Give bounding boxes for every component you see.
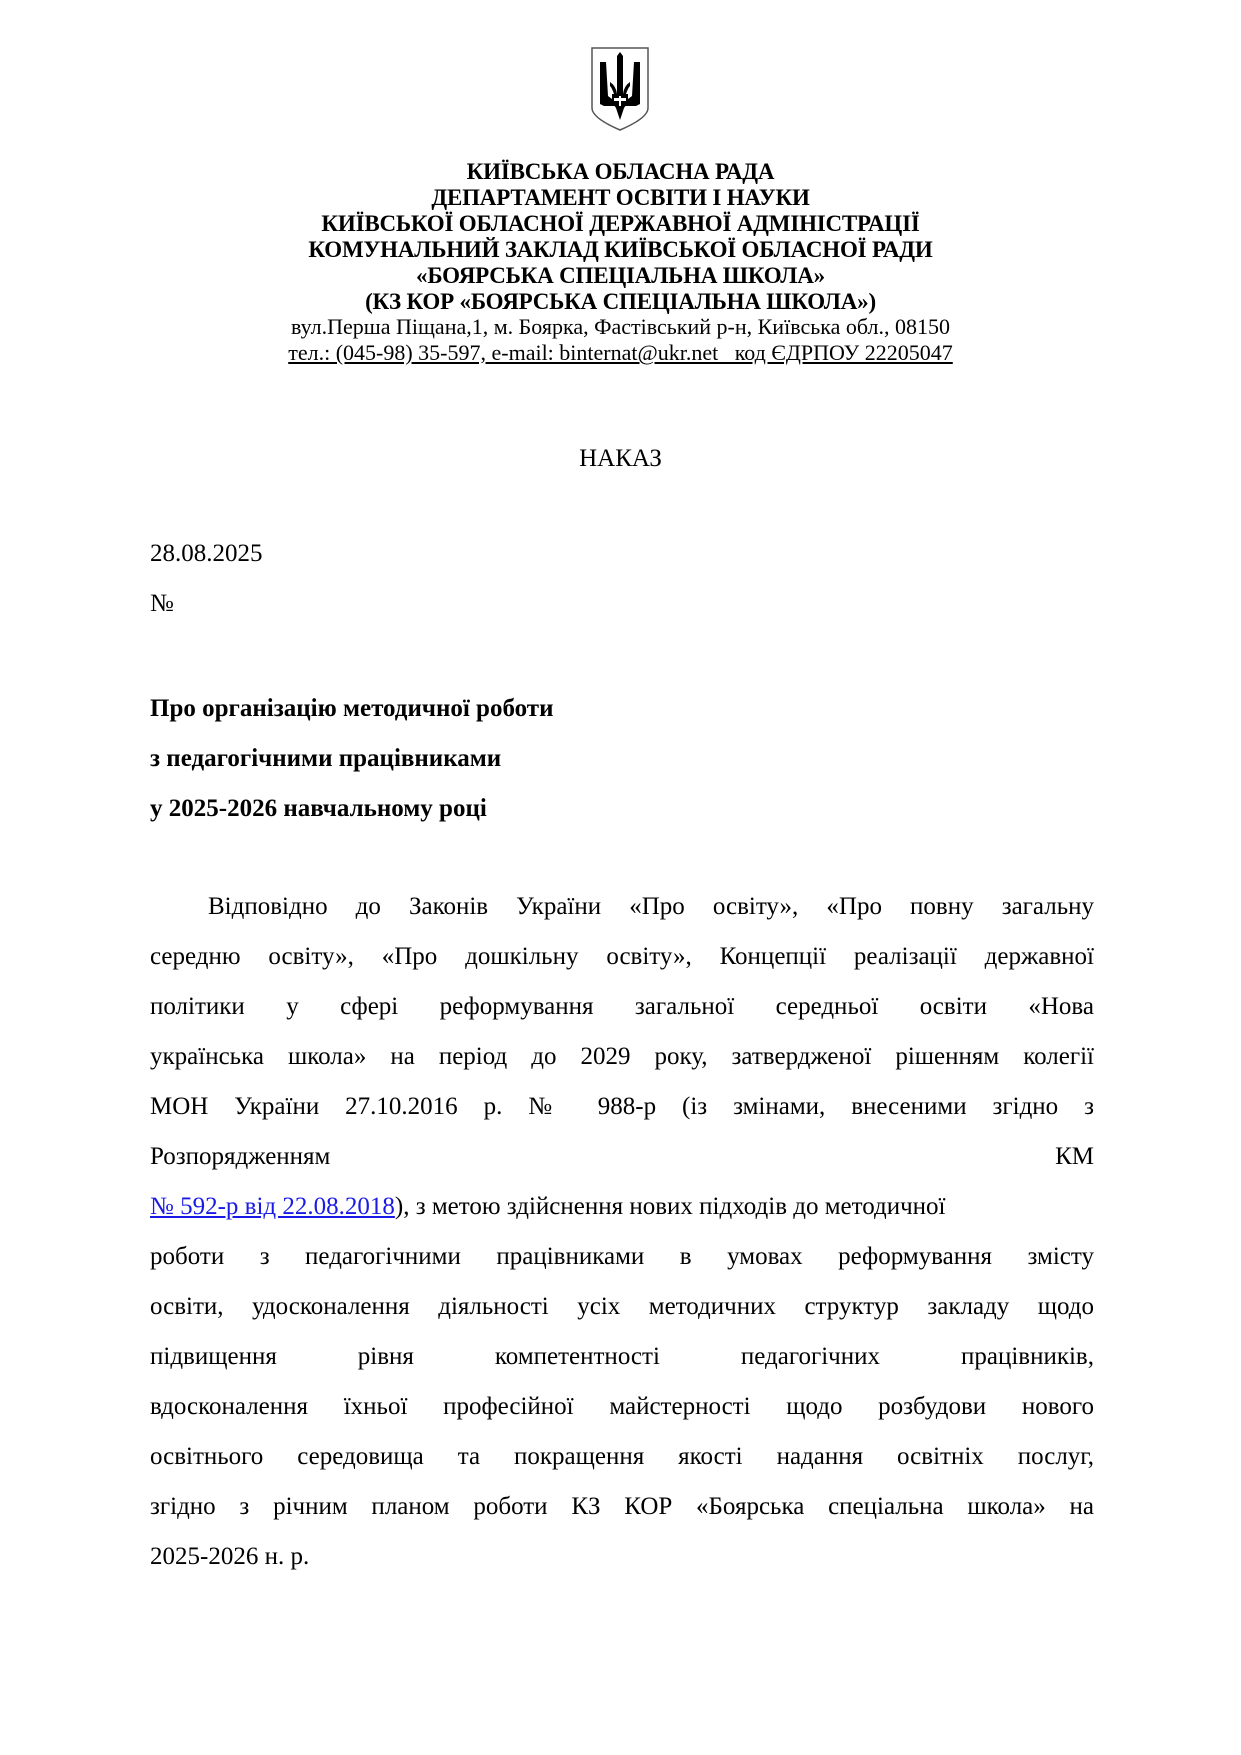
- body-line: 2025-2026 н. р.: [150, 1543, 1094, 1571]
- body-line-text: ), з метою здійснення нових підходів до …: [395, 1193, 946, 1220]
- body-line: середню освіту», «Про дошкільну освіту»,…: [150, 943, 1094, 971]
- document-number-label: №: [150, 590, 174, 618]
- document-page: КИЇВСЬКА ОБЛАСНА РАДА ДЕПАРТАМЕНТ ОСВІТИ…: [0, 0, 1241, 1755]
- document-date: 28.08.2025: [150, 540, 263, 568]
- subject-line-3: у 2025-2026 навчальному році: [150, 795, 487, 823]
- body-line: Розпорядженням КМ: [150, 1143, 1094, 1171]
- subject-line-2: з педагогічними працівниками: [150, 745, 501, 773]
- body-line: згідно з річним планом роботи КЗ КОР «Бо…: [150, 1493, 1094, 1521]
- body-line-left: Розпорядженням: [150, 1143, 330, 1171]
- body-line: освітнього середовища та покращення якос…: [150, 1443, 1094, 1471]
- header-line-council: КИЇВСЬКА ОБЛАСНА РАДА: [0, 158, 1241, 186]
- header-line-department: ДЕПАРТАМЕНТ ОСВІТИ І НАУКИ: [0, 184, 1241, 212]
- ukraine-trident-coat-of-arms-icon: [590, 46, 650, 132]
- document-type-title: НАКАЗ: [0, 445, 1241, 473]
- header-line-school-short-name: (КЗ КОР «БОЯРСЬКА СПЕЦІАЛЬНА ШКОЛА»): [0, 288, 1241, 316]
- header-address: вул.Перша Піщана,1, м. Боярка, Фастівськ…: [0, 314, 1241, 340]
- header-contact-row: тел.: (045-98) 35-597, e-mail: binternat…: [0, 340, 1241, 366]
- body-line-right: КМ: [1055, 1143, 1094, 1171]
- body-line: Відповідно до Законів України «Про освіт…: [150, 893, 1094, 921]
- body-line: роботи з педагогічними працівниками в ум…: [150, 1243, 1094, 1271]
- body-line: освіти, удосконалення діяльності усіх ме…: [150, 1293, 1094, 1321]
- header-line-administration: КИЇВСЬКОЇ ОБЛАСНОЇ ДЕРЖАВНОЇ АДМІНІСТРАЦ…: [0, 210, 1241, 238]
- body-line: МОН України 27.10.2016 р. № 988-р (із зм…: [150, 1093, 1094, 1121]
- header-contact: тел.: (045-98) 35-597, e-mail: binternat…: [288, 340, 953, 365]
- body-line: українська школа» на період до 2029 року…: [150, 1043, 1094, 1071]
- body-line: вдосконалення їхньої професійної майстер…: [150, 1393, 1094, 1421]
- body-line: № 592-р від 22.08.2018), з метою здійсне…: [150, 1193, 1094, 1221]
- body-line: політики у сфері реформування загальної …: [150, 993, 1094, 1021]
- header-line-school-name: «БОЯРСЬКА СПЕЦІАЛЬНА ШКОЛА»: [0, 262, 1241, 290]
- decree-link[interactable]: № 592-р від 22.08.2018: [150, 1193, 395, 1220]
- subject-line-1: Про організацію методичної роботи: [150, 695, 554, 723]
- header-line-institution: КОМУНАЛЬНИЙ ЗАКЛАД КИЇВСЬКОЇ ОБЛАСНОЇ РА…: [0, 236, 1241, 264]
- body-line: підвищення рівня компетентності педагогі…: [150, 1343, 1094, 1371]
